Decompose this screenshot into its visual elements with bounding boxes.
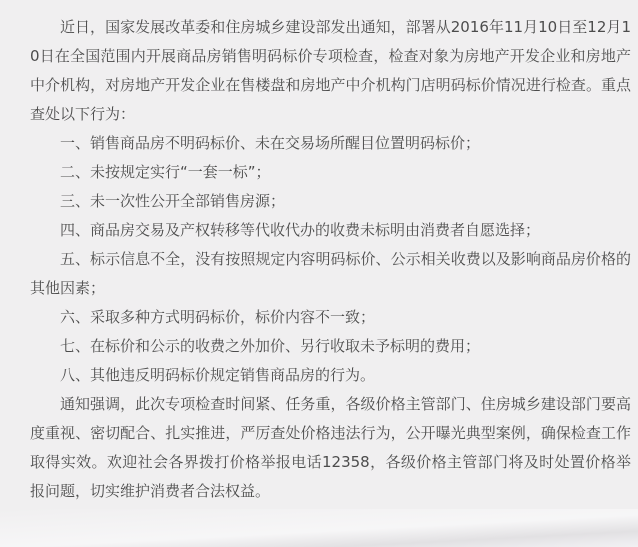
notice-article: 近日，国家发展改革委和住房城乡建设部发出通知，部署从2016年11月10日至12… <box>0 0 638 506</box>
violation-item-6: 六、采取多种方式明码标价，标价内容不一致； <box>30 303 631 332</box>
violation-item-8: 八、其他违反明码标价规定销售商品房的行为。 <box>30 361 631 390</box>
violation-item-2: 二、未按规定实行“一套一标”； <box>30 158 631 187</box>
violation-item-7: 七、在标价和公示的收费之外加价、另行收取未予标明的费用； <box>30 332 631 361</box>
violation-item-3: 三、未一次性公开全部销售房源； <box>30 187 631 216</box>
notice-intro-paragraph: 近日，国家发展改革委和住房城乡建设部发出通知，部署从2016年11月10日至12… <box>30 13 631 129</box>
violation-item-4: 四、商品房交易及产权转移等代收代办的收费未标明由消费者自愿选择； <box>30 216 631 245</box>
page-bottom-shade <box>0 509 638 547</box>
violation-item-1: 一、销售商品房不明码标价、未在交易场所醒目位置明码标价； <box>30 129 631 158</box>
violation-item-5: 五、标示信息不全，没有按照规定内容明码标价、公示相关收费以及影响商品房价格的其他… <box>30 245 631 303</box>
notice-emphasis-paragraph: 通知强调，此次专项检查时间紧、任务重，各级价格主管部门、住房城乡建设部门要高度重… <box>30 390 631 506</box>
